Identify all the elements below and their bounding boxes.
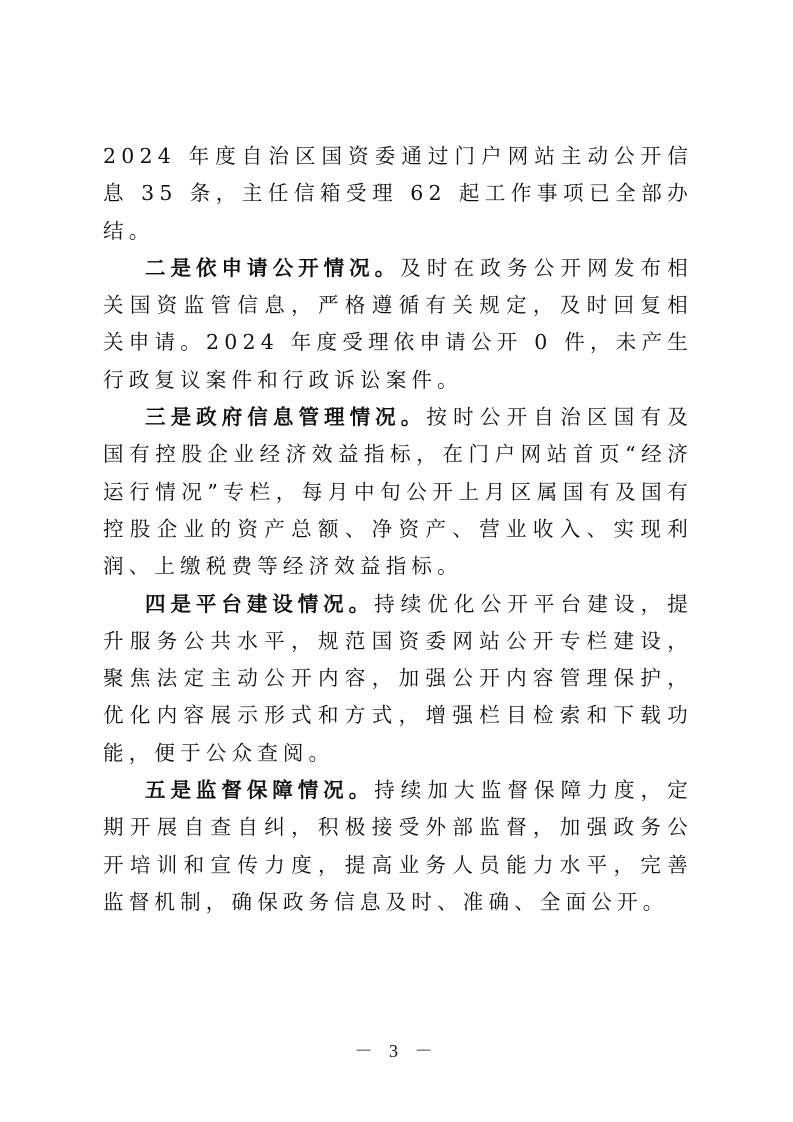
paragraph-text: 持续优化公开平台建设，提升服务公共水平，规范国资委网站公开专栏建设，聚焦法定主动… (103, 592, 693, 765)
page-number: － 3 － (0, 1037, 793, 1063)
paragraph-info-management: 三是政府信息管理情况。按时公开自治区国有及国有控股企业经济效益指标，在门户网站首… (103, 399, 693, 585)
paragraph-text: 按时公开自治区国有及国有控股企业经济效益指标，在门户网站首页“经济运行情况”专栏… (103, 405, 693, 578)
paragraph-text: 2024 年度自治区国资委通过门户网站主动公开信息 35 条，主任信箱受理 62… (103, 144, 693, 243)
paragraph-heading: 三是政府信息管理情况。 (145, 405, 426, 429)
paragraph-continuation: 2024 年度自治区国资委通过门户网站主动公开信息 35 条，主任信箱受理 62… (103, 138, 693, 250)
paragraph-heading: 五是监督保障情况。 (145, 778, 374, 802)
document-body: 2024 年度自治区国资委通过门户网站主动公开信息 35 条，主任信箱受理 62… (103, 138, 693, 921)
paragraph-heading: 四是平台建设情况。 (145, 592, 374, 616)
paragraph-request-disclosure: 二是依申请公开情况。及时在政务公开网发布相关国资监管信息，严格遵循有关规定，及时… (103, 250, 693, 399)
paragraph-supervision: 五是监督保障情况。持续加大监督保障力度，定期开展自查自纠，积极接受外部监督，加强… (103, 772, 693, 921)
paragraph-platform-building: 四是平台建设情况。持续优化公开平台建设，提升服务公共水平，规范国资委网站公开专栏… (103, 586, 693, 772)
paragraph-heading: 二是依申请公开情况。 (145, 256, 400, 280)
